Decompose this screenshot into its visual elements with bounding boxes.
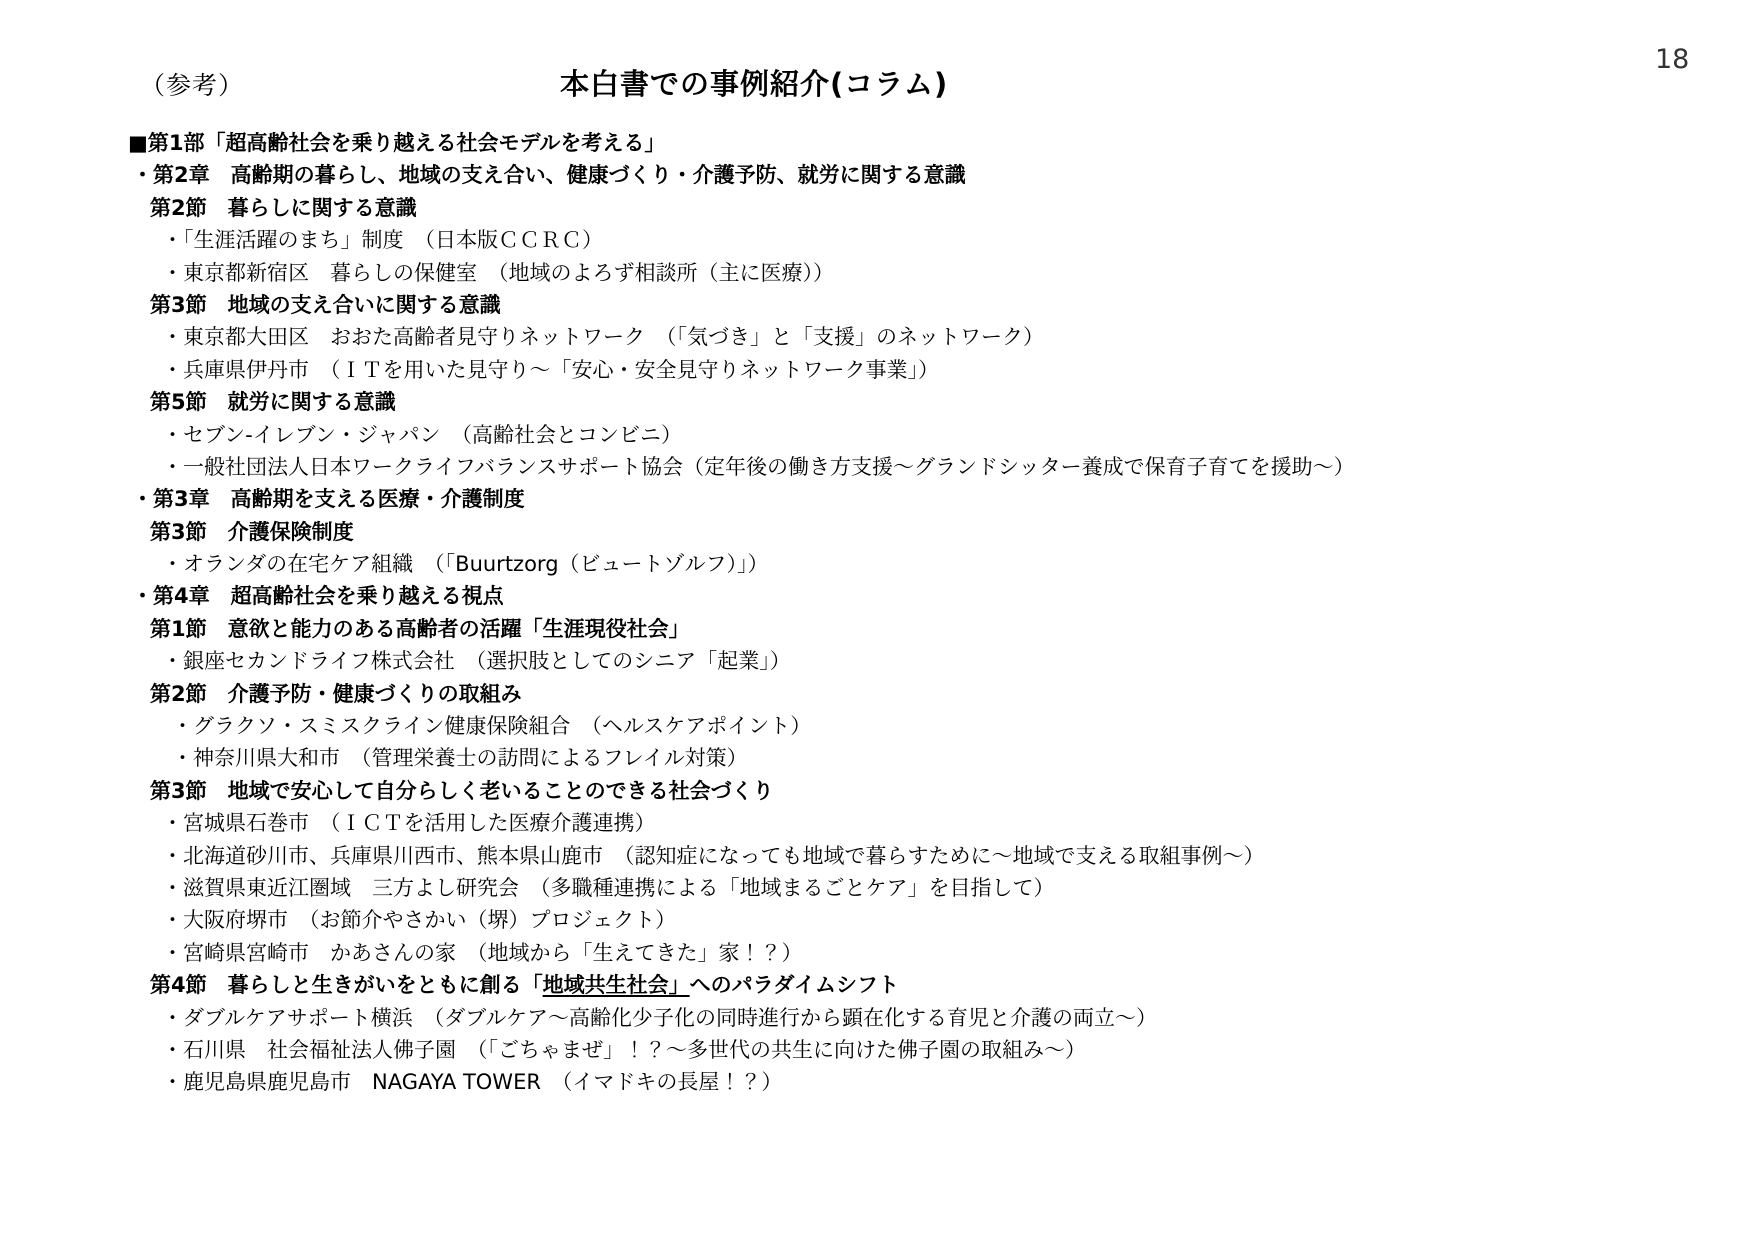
section-heading-text: 第4節 暮らしと生きがいをともに創る「 (150, 973, 543, 997)
case-item: ・「生涯活躍のまち」制度 （日本版ＣＣＲＣ） (162, 224, 1355, 256)
case-item: ・グラクソ・スミスクライン健康保険組合 （ヘルスケアポイント） (172, 710, 1355, 742)
section-heading: 第1節 意欲と能力のある高齢者の活躍「生涯現役社会」 (150, 613, 1355, 645)
case-item: ・オランダの在宅ケア組織 （「Buurtzorg（ビュートゾルフ）」） (162, 548, 1355, 580)
case-list: ■第1部「超高齢社会を乗り越える社会モデルを考える」 ・第2章 高齢期の暮らし、… (128, 127, 1355, 1099)
case-item: ・宮崎県宮崎市 かあさんの家 （地域から「生えてきた」家！？） (162, 937, 1355, 969)
section-heading: 第2節 介護予防・健康づくりの取組み (150, 678, 1355, 710)
case-item: ・東京都新宿区 暮らしの保健室 （地域のよろず相談所（主に医療）） (162, 257, 1355, 289)
case-item: ・神奈川県大和市 （管理栄養士の訪問によるフレイル対策） (172, 742, 1355, 774)
reference-label: （参考） (140, 66, 244, 102)
case-item: ・ダブルケアサポート横浜 （ダブルケア～高齢化少子化の同時進行から顕在化する育児… (162, 1002, 1355, 1034)
case-item: ・大阪府堺市 （お節介やさかい（堺）プロジェクト） (162, 904, 1355, 936)
case-item: ・東京都大田区 おおた高齢者見守りネットワーク （「気づき」と「支援」のネットワ… (162, 321, 1355, 353)
chapter-heading: ・第3章 高齢期を支える医療・介護制度 (132, 483, 1355, 515)
page-number: 18 (1655, 44, 1689, 75)
section-heading: 第5節 就労に関する意識 (150, 386, 1355, 418)
page-title: 本白書での事例紹介(コラム) (560, 62, 948, 103)
chapter-heading: ・第4章 超高齢社会を乗り越える視点 (132, 580, 1355, 612)
part-heading: ■第1部「超高齢社会を乗り越える社会モデルを考える」 (128, 127, 1355, 159)
case-item: ・北海道砂川市、兵庫県川西市、熊本県山鹿市 （認知症になっても地域で暮らすために… (162, 840, 1355, 872)
chapter-heading: ・第2章 高齢期の暮らし、地域の支え合い、健康づくり・介護予防、就労に関する意識 (132, 159, 1355, 191)
section-heading: 第4節 暮らしと生きがいをともに創る「地域共生社会」へのパラダイムシフト (150, 969, 1355, 1001)
section-heading-text: へのパラダイムシフト (690, 973, 899, 997)
section-heading: 第3節 介護保険制度 (150, 516, 1355, 548)
section-heading-underlined-text: 地域共生社会」 (543, 973, 690, 997)
case-item: ・石川県 社会福祉法人佛子園 （「ごちゃまぜ」！？～多世代の共生に向けた佛子園の… (162, 1034, 1355, 1066)
case-item: ・兵庫県伊丹市 （ＩＴを用いた見守り～「安心・安全見守りネットワーク事業」） (162, 354, 1355, 386)
slide-page: 18 （参考） 本白書での事例紹介(コラム) ■第1部「超高齢社会を乗り越える社… (0, 0, 1754, 1241)
section-heading: 第3節 地域の支え合いに関する意識 (150, 289, 1355, 321)
case-item: ・銀座セカンドライフ株式会社 （選択肢としてのシニア「起業」） (162, 645, 1355, 677)
case-item: ・滋賀県東近江圏域 三方よし研究会 （多職種連携による「地域まるごとケア」を目指… (162, 872, 1355, 904)
section-heading: 第3節 地域で安心して自分らしく老いることのできる社会づくり (150, 775, 1355, 807)
case-item: ・一般社団法人日本ワークライフバランスサポート協会（定年後の働き方支援～グランド… (162, 451, 1355, 483)
case-item: ・鹿児島県鹿児島市 NAGAYA TOWER （イマドキの長屋！？） (162, 1066, 1355, 1098)
case-item: ・宮城県石巻市 （ＩＣＴを活用した医療介護連携） (162, 807, 1355, 839)
case-item: ・セブン-イレブン・ジャパン （高齢社会とコンビニ） (162, 419, 1355, 451)
section-heading: 第2節 暮らしに関する意識 (150, 192, 1355, 224)
